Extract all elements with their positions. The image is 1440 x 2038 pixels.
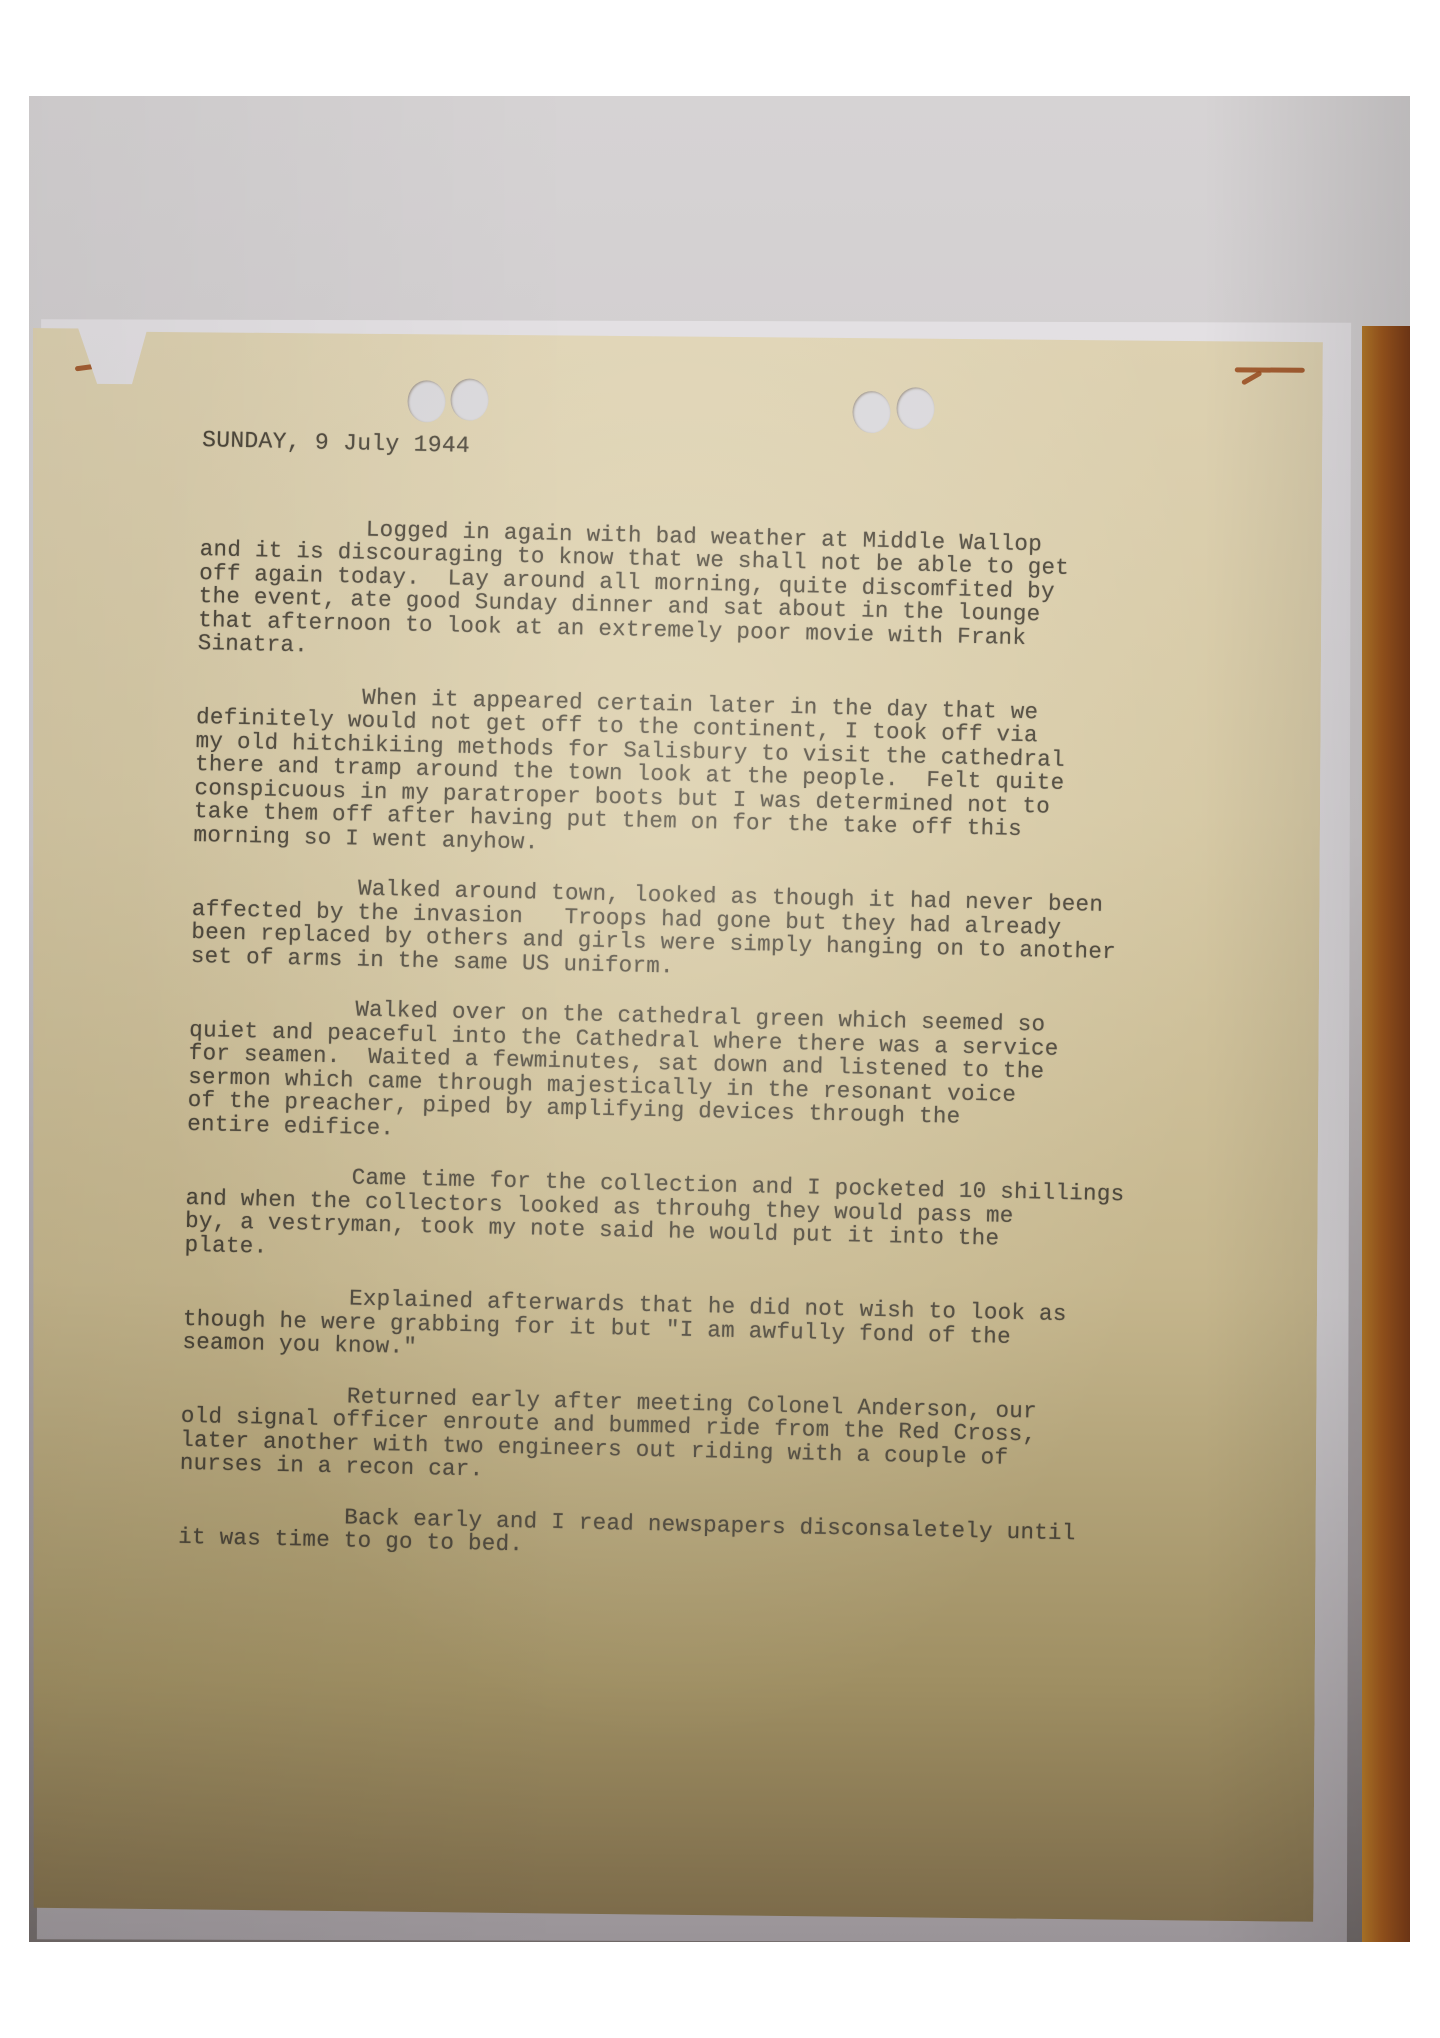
- punch-hole-1: [407, 380, 445, 422]
- diary-paragraph: Came time for the collection and I pocke…: [184, 1163, 1266, 1281]
- diary-paragraph: Walked around town, looked as though it …: [191, 874, 1273, 992]
- document-photo: SUNDAY, 9 July 1944 Logged in again with…: [29, 96, 1410, 1942]
- wooden-table-edge: [1362, 326, 1410, 1942]
- punch-hole-3: [852, 391, 890, 433]
- diary-body: Logged in again with bad weather at Midd…: [178, 515, 1280, 1573]
- diary-paragraph: Explained afterwards that he did not wis…: [182, 1284, 1263, 1378]
- punch-hole-2: [450, 379, 488, 421]
- date-heading: SUNDAY, 9 July 1944: [202, 429, 1282, 476]
- staple-rust-mark-right: [1235, 367, 1305, 372]
- rust-stain: [1241, 370, 1263, 385]
- diary-paragraph: When it appeared certain later in the da…: [193, 682, 1276, 870]
- diary-paragraph: Returned early after meeting Colonel And…: [180, 1381, 1262, 1499]
- diary-page: SUNDAY, 9 July 1944 Logged in again with…: [29, 328, 1323, 1922]
- diary-paragraph: Logged in again with bad weather at Midd…: [197, 515, 1280, 680]
- typed-text: SUNDAY, 9 July 1944 Logged in again with…: [177, 429, 1282, 1600]
- diary-paragraph: Walked over on the cathedral green which…: [187, 995, 1270, 1160]
- diary-paragraph: Back early and I read newspapers discons…: [178, 1502, 1259, 1573]
- punch-hole-4: [896, 387, 934, 429]
